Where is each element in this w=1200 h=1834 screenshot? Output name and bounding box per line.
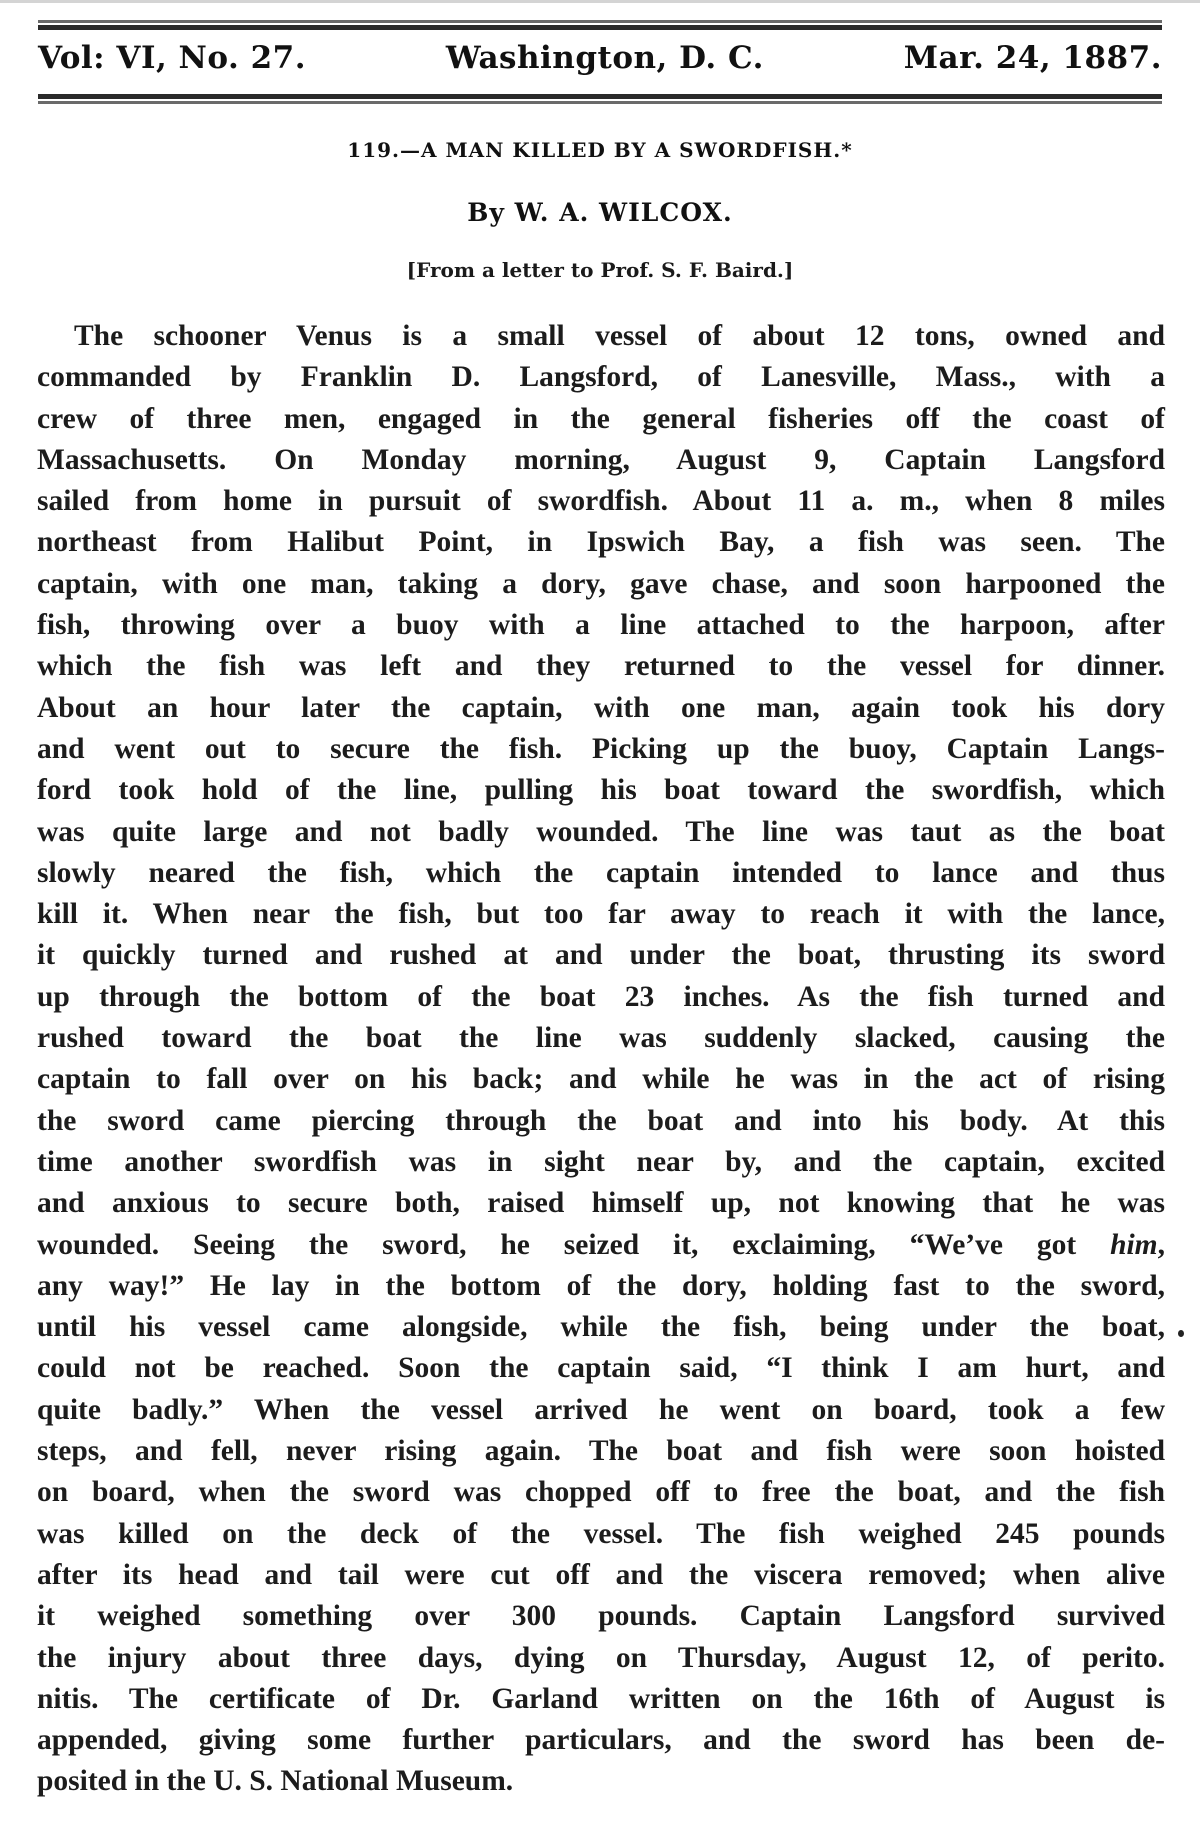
body-line: after its head and tail were cut off and… — [37, 1555, 1165, 1596]
body-line: ford took hold of the line, pulling his … — [37, 770, 1165, 811]
masthead-place: Washington, D. C. — [446, 40, 764, 76]
body-line: posited in the U. S. National Museum. — [37, 1761, 1165, 1802]
masthead-date: Mar. 24, 1887. — [904, 40, 1162, 76]
article-source-note: [From a letter to Prof. S. F. Baird.] — [0, 258, 1200, 282]
body-line: captain, with one man, taking a dory, ga… — [37, 564, 1165, 605]
article-body: The schooner Venus is a small vessel of … — [37, 316, 1165, 1803]
masthead-volume: Vol: VI, No. 27. — [38, 40, 306, 76]
body-line: sailed from home in pursuit of swordfish… — [37, 481, 1165, 522]
body-line: appended, giving some further particular… — [37, 1720, 1165, 1761]
body-line: northeast from Halibut Point, in Ipswich… — [37, 522, 1165, 563]
body-line: it quickly turned and rushed at and unde… — [37, 935, 1165, 976]
body-line: could not be reached. Soon the captain s… — [37, 1348, 1165, 1389]
body-line: crew of three men, engaged in the genera… — [37, 399, 1165, 440]
body-line: wounded. Seeing the sword, he seized it,… — [37, 1225, 1165, 1266]
body-line: was quite large and not badly wounded. T… — [37, 812, 1165, 853]
body-line: time another swordfish was in sight near… — [37, 1142, 1165, 1183]
body-line: until his vessel came alongside, while t… — [37, 1307, 1165, 1348]
masthead-bottom-rule — [38, 94, 1162, 104]
body-line: and went out to secure the fish. Picking… — [37, 729, 1165, 770]
body-line: the injury about three days, dying on Th… — [37, 1638, 1165, 1679]
body-line: fish, throwing over a buoy with a line a… — [37, 605, 1165, 646]
body-line: slowly neared the fish, which the captai… — [37, 853, 1165, 894]
body-line: rushed toward the boat the line was sudd… — [37, 1018, 1165, 1059]
body-line: on board, when the sword was chopped off… — [37, 1472, 1165, 1513]
viewer-top-strip — [0, 0, 1200, 3]
masthead-top-rule — [38, 20, 1162, 30]
body-line: it weighed something over 300 pounds. Ca… — [37, 1596, 1165, 1637]
body-line: was killed on the deck of the vessel. Th… — [37, 1514, 1165, 1555]
body-line: steps, and fell, never rising again. The… — [37, 1431, 1165, 1472]
body-line: the sword came piercing through the boat… — [37, 1101, 1165, 1142]
body-line: Massachusetts. On Monday morning, August… — [37, 440, 1165, 481]
scan-speck — [1178, 1330, 1184, 1337]
body-line: which the fish was left and they returne… — [37, 646, 1165, 687]
article-byline: By W. A. WILCOX. — [0, 198, 1200, 227]
article-title: 119.—A MAN KILLED BY A SWORDFISH.* — [0, 138, 1200, 162]
body-line: kill it. When near the fish, but too far… — [37, 894, 1165, 935]
body-line: commanded by Franklin D. Langsford, of L… — [37, 357, 1165, 398]
body-line: nitis. The certificate of Dr. Garland wr… — [37, 1679, 1165, 1720]
body-line: The schooner Venus is a small vessel of … — [37, 316, 1165, 357]
body-line: captain to fall over on his back; and wh… — [37, 1059, 1165, 1100]
body-line: any way!” He lay in the bottom of the do… — [37, 1266, 1165, 1307]
body-line: About an hour later the captain, with on… — [37, 688, 1165, 729]
masthead: Vol: VI, No. 27. Washington, D. C. Mar. … — [38, 36, 1162, 80]
body-line: and anxious to secure both, raised himse… — [37, 1183, 1165, 1224]
body-line: up through the bottom of the boat 23 inc… — [37, 977, 1165, 1018]
body-line: quite badly.” When the vessel arrived he… — [37, 1390, 1165, 1431]
